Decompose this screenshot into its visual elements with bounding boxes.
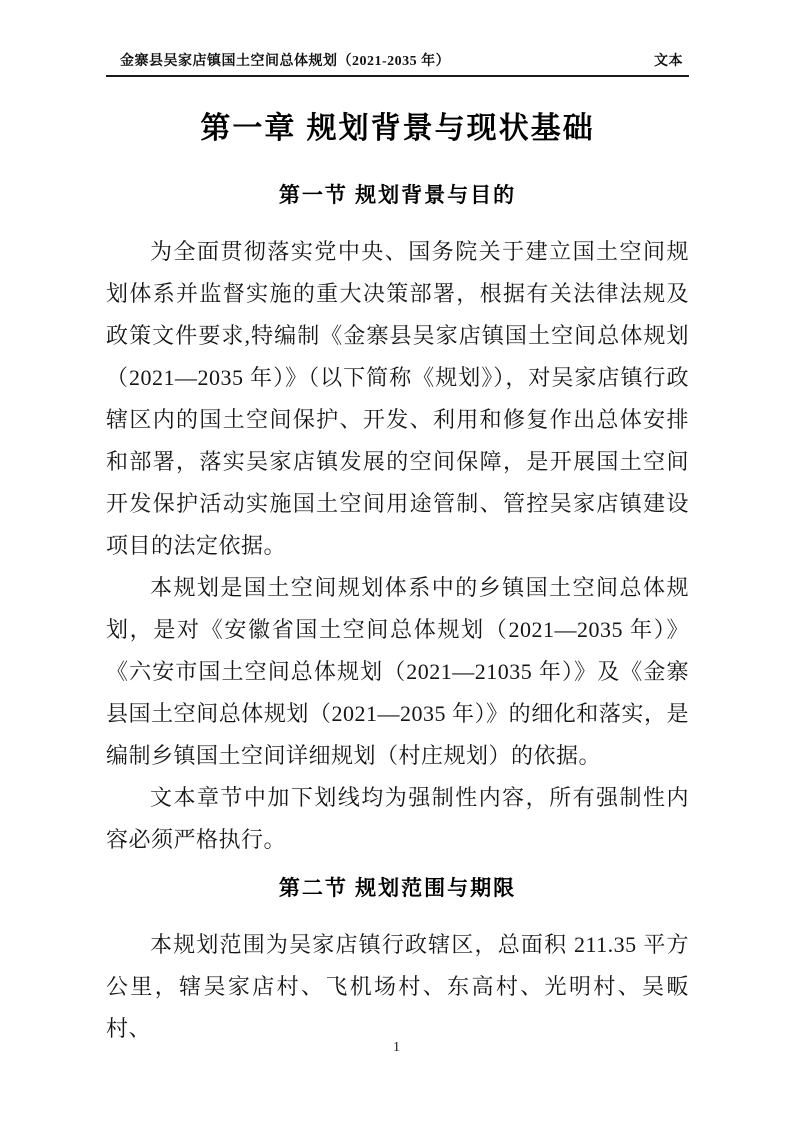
section-2-body: 本规划范围为吴家店镇行政辖区，总面积 211.35 平方公里，辖吴家店村、飞机场… — [106, 924, 689, 1050]
chapter-title: 第一章 规划背景与现状基础 — [106, 109, 689, 150]
page-header: 金寨县吴家店镇国土空间总体规划（2021-2035 年） 文本 — [106, 50, 689, 77]
paragraph: 为全面贯彻落实党中央、国务院关于建立国土空间规划体系并监督实施的重大决策部署，根… — [106, 231, 689, 567]
paragraph: 文本章节中加下划线均为强制性内容，所有强制性内容必须严格执行。 — [106, 777, 689, 861]
header-doc-type-label: 文本 — [654, 50, 683, 70]
header-running-title: 金寨县吴家店镇国土空间总体规划（2021-2035 年） — [120, 50, 450, 70]
section-heading-1: 第一节 规划背景与目的 — [106, 182, 689, 209]
section-heading-2: 第二节 规划范围与期限 — [106, 875, 689, 902]
page-number: 1 — [0, 1040, 793, 1056]
paragraph: 本规划范围为吴家店镇行政辖区，总面积 211.35 平方公里，辖吴家店村、飞机场… — [106, 924, 689, 1050]
section-1-body: 为全面贯彻落实党中央、国务院关于建立国土空间规划体系并监督实施的重大决策部署，根… — [106, 231, 689, 861]
document-page: 金寨县吴家店镇国土空间总体规划（2021-2035 年） 文本 第一章 规划背景… — [0, 0, 793, 1122]
paragraph: 本规划是国土空间规划体系中的乡镇国土空间总体规划，是对《安徽省国土空间总体规划（… — [106, 567, 689, 777]
